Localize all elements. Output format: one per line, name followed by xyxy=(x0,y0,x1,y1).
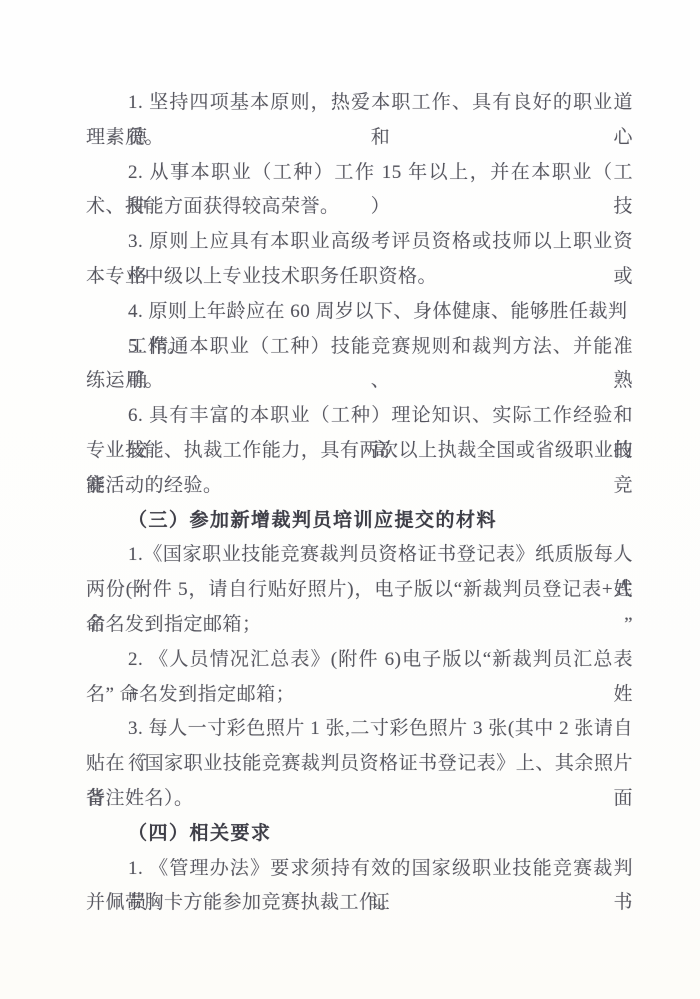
text-line: 5. 精通本职业（工种）技能竞赛规则和裁判方法、并能准确、熟 xyxy=(86,330,633,365)
document-body: 1. 坚持四项基本原则，热爱本职工作、具有良好的职业道德和心 理素质。 2. 从… xyxy=(86,86,633,921)
text-line: 1. 坚持四项基本原则，热爱本职工作、具有良好的职业道德和心 xyxy=(86,86,633,121)
section-heading-3: （三）参加新增裁判员培训应提交的材料 xyxy=(86,504,633,539)
text-line: 6. 具有丰富的本职业（工种）理论知识、实际工作经验和较高的 xyxy=(86,399,633,434)
text-line: 2. 从事本职业（工种）工作 15 年以上，并在本职业（工种）技 xyxy=(86,156,633,191)
text-line: 2. 《人员情况汇总表》(附件 6)电子版以“新裁判员汇总表+姓 xyxy=(86,643,633,678)
text-line: 两份(附件 5，请自行贴好照片)，电子版以“新裁判员登记表+姓名” xyxy=(86,573,633,608)
text-line: 贴在《国家职业技能竞赛裁判员资格证书登记表》上、其余照片背面 xyxy=(86,747,633,782)
text-line: 3. 原则上应具有本职业高级考评员资格或技师以上职业资格或 xyxy=(86,225,633,260)
text-line: 4. 原则上年龄应在 60 周岁以下、身体健康、能够胜任裁判工作。 xyxy=(86,295,633,330)
section-heading-4: （四）相关要求 xyxy=(86,817,633,852)
document-page: 1. 坚持四项基本原则，热爱本职工作、具有良好的职业道德和心 理素质。 2. 从… xyxy=(0,0,700,999)
text-line: 1. 《管理办法》要求须持有效的国家级职业技能竞赛裁判员证书 xyxy=(86,852,633,887)
text-line: 3. 每人一寸彩色照片 1 张,二寸彩色照片 3 张(其中 2 张请自行 xyxy=(86,712,633,747)
text-line: 1.《国家职业技能竞赛裁判员资格证书登记表》纸质版每人一式 xyxy=(86,538,633,573)
text-line: 专业技能、执裁工作能力，具有两次以上执裁全国或省级职业技能竞 xyxy=(86,434,633,469)
